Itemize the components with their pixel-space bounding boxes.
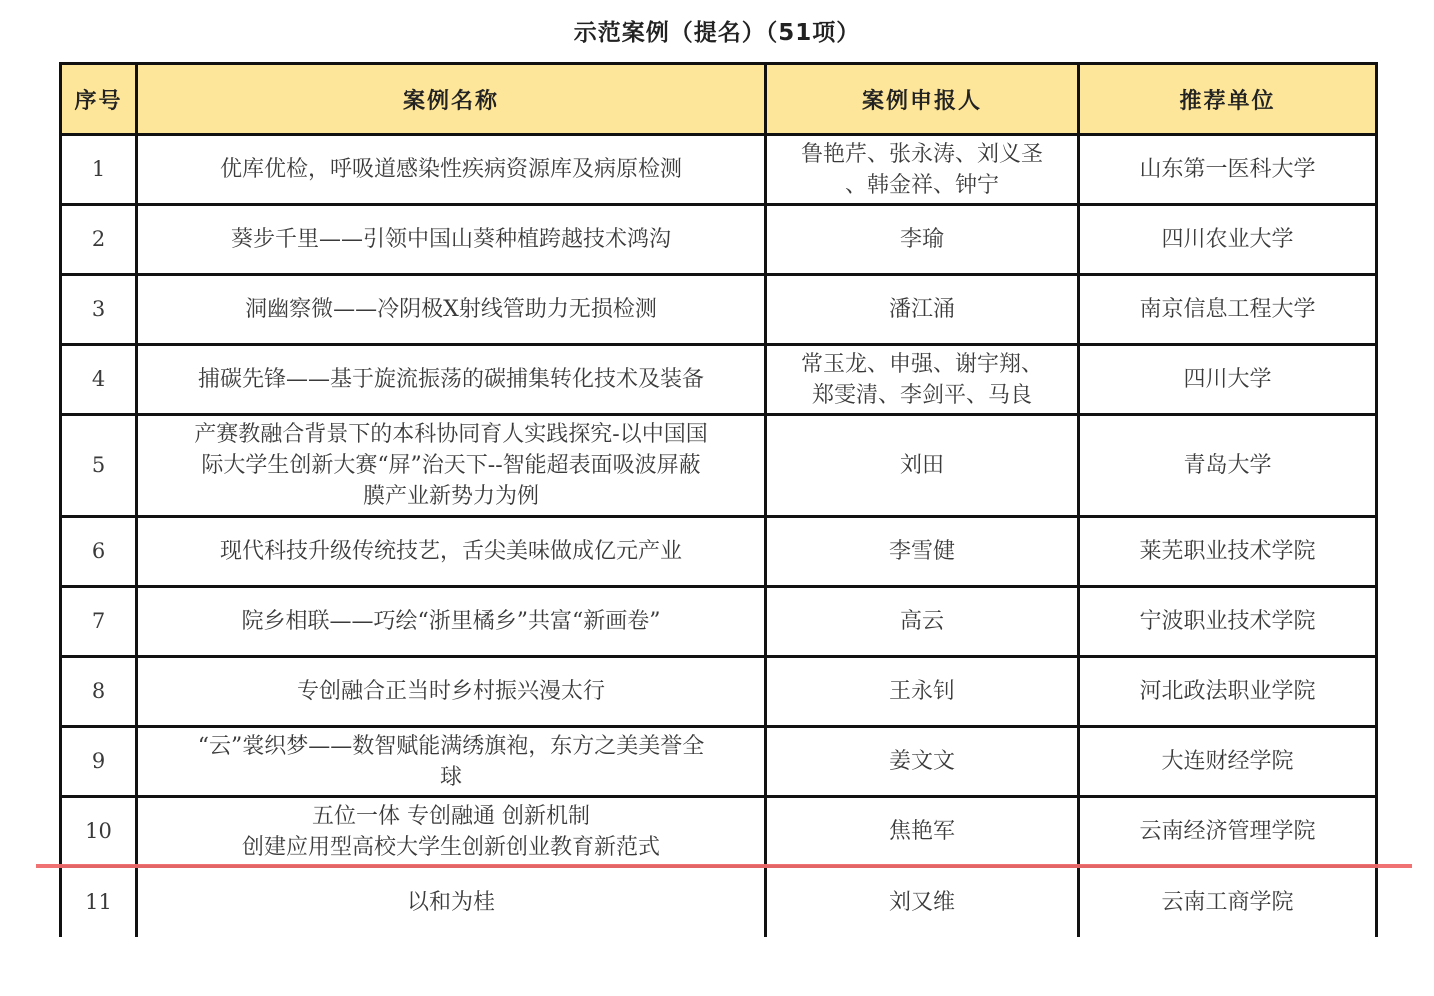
row-number: 4: [61, 345, 137, 415]
applicants-line: 高云: [771, 606, 1073, 637]
applicants-line: 焦艳军: [771, 816, 1073, 847]
recommending-unit-cell: 山东第一医科大学: [1079, 135, 1377, 205]
case-name-line: 专创融合正当时乡村振兴漫太行: [142, 676, 760, 707]
row-number: 11: [61, 867, 137, 937]
case-name-cell: “云”裳织梦——数智赋能满绣旗袍，东方之美美誉全球: [137, 727, 766, 797]
applicants-line: 郑雯清、李剑平、马良: [771, 380, 1073, 411]
header-unit: 推荐单位: [1079, 64, 1377, 135]
applicants-cell: 常玉龙、申强、谢宇翔、郑雯清、李剑平、马良: [766, 345, 1079, 415]
applicants-line: 鲁艳芹、张永涛、刘义圣: [771, 139, 1073, 170]
table-header-row: 序号 案例名称 案例申报人 推荐单位: [61, 64, 1377, 135]
case-name-cell: 优库优检，呼吸道感染性疾病资源库及病原检测: [137, 135, 766, 205]
case-name-line: 球: [142, 762, 760, 793]
case-name-line: 创建应用型高校大学生创新创业教育新范式: [142, 832, 760, 863]
table-row: 6现代科技升级传统技艺，舌尖美味做成亿元产业李雪健莱芜职业技术学院: [61, 517, 1377, 587]
applicants-line: 、韩金祥、钟宁: [771, 170, 1073, 201]
applicants-cell: 刘又维: [766, 867, 1079, 937]
recommending-unit-cell: 青岛大学: [1079, 415, 1377, 517]
case-table: 序号 案例名称 案例申报人 推荐单位 1优库优检，呼吸道感染性疾病资源库及病原检…: [59, 62, 1378, 937]
header-case-name: 案例名称: [137, 64, 766, 135]
case-name-line: 洞幽察微——冷阴极X射线管助力无损检测: [142, 294, 760, 325]
page-title: 示范案例（提名）（51项）: [0, 14, 1434, 47]
applicants-cell: 刘田: [766, 415, 1079, 517]
table-row: 10五位一体 专创融通 创新机制创建应用型高校大学生创新创业教育新范式焦艳军云南…: [61, 797, 1377, 867]
table-row: 11以和为桂刘又维云南工商学院: [61, 867, 1377, 937]
applicants-line: 常玉龙、申强、谢宇翔、: [771, 349, 1073, 380]
table-row: 3洞幽察微——冷阴极X射线管助力无损检测潘江涌南京信息工程大学: [61, 275, 1377, 345]
recommending-unit-cell: 云南经济管理学院: [1079, 797, 1377, 867]
row-number: 5: [61, 415, 137, 517]
row-number: 7: [61, 587, 137, 657]
case-name-cell: 捕碳先锋——基于旋流振荡的碳捕集转化技术及装备: [137, 345, 766, 415]
applicants-line: 姜文文: [771, 746, 1073, 777]
case-name-cell: 现代科技升级传统技艺，舌尖美味做成亿元产业: [137, 517, 766, 587]
row-number: 3: [61, 275, 137, 345]
applicants-cell: 姜文文: [766, 727, 1079, 797]
recommending-unit-cell: 四川大学: [1079, 345, 1377, 415]
applicants-line: 刘田: [771, 450, 1073, 481]
row-number: 6: [61, 517, 137, 587]
row-number: 2: [61, 205, 137, 275]
header-no: 序号: [61, 64, 137, 135]
table-row: 1优库优检，呼吸道感染性疾病资源库及病原检测鲁艳芹、张永涛、刘义圣、韩金祥、钟宁…: [61, 135, 1377, 205]
applicants-cell: 李瑜: [766, 205, 1079, 275]
case-name-cell: 洞幽察微——冷阴极X射线管助力无损检测: [137, 275, 766, 345]
case-name-cell: 葵步千里——引领中国山葵种植跨越技术鸿沟: [137, 205, 766, 275]
case-name-line: “云”裳织梦——数智赋能满绣旗袍，东方之美美誉全: [142, 731, 760, 762]
table-row: 9“云”裳织梦——数智赋能满绣旗袍，东方之美美誉全球姜文文大连财经学院: [61, 727, 1377, 797]
red-marker-line: [36, 864, 1412, 868]
applicants-line: 李瑜: [771, 224, 1073, 255]
applicants-cell: 王永钊: [766, 657, 1079, 727]
applicants-cell: 鲁艳芹、张永涛、刘义圣、韩金祥、钟宁: [766, 135, 1079, 205]
recommending-unit-cell: 南京信息工程大学: [1079, 275, 1377, 345]
case-name-cell: 产赛教融合背景下的本科协同育人实践探究-以中国国际大学生创新大赛“屏”治天下--…: [137, 415, 766, 517]
table-row: 7院乡相联——巧绘“浙里橘乡”共富“新画卷”高云宁波职业技术学院: [61, 587, 1377, 657]
table-row: 8专创融合正当时乡村振兴漫太行王永钊河北政法职业学院: [61, 657, 1377, 727]
case-name-cell: 院乡相联——巧绘“浙里橘乡”共富“新画卷”: [137, 587, 766, 657]
applicants-cell: 焦艳军: [766, 797, 1079, 867]
recommending-unit-cell: 四川农业大学: [1079, 205, 1377, 275]
recommending-unit-cell: 大连财经学院: [1079, 727, 1377, 797]
applicants-cell: 李雪健: [766, 517, 1079, 587]
case-name-line: 膜产业新势力为例: [142, 481, 760, 512]
table-row: 5产赛教融合背景下的本科协同育人实践探究-以中国国际大学生创新大赛“屏”治天下-…: [61, 415, 1377, 517]
case-name-line: 优库优检，呼吸道感染性疾病资源库及病原检测: [142, 154, 760, 185]
case-name-cell: 五位一体 专创融通 创新机制创建应用型高校大学生创新创业教育新范式: [137, 797, 766, 867]
case-name-line: 五位一体 专创融通 创新机制: [142, 801, 760, 832]
applicants-line: 王永钊: [771, 676, 1073, 707]
case-name-line: 葵步千里——引领中国山葵种植跨越技术鸿沟: [142, 224, 760, 255]
applicants-cell: 潘江涌: [766, 275, 1079, 345]
case-name-line: 现代科技升级传统技艺，舌尖美味做成亿元产业: [142, 536, 760, 567]
table-row: 4捕碳先锋——基于旋流振荡的碳捕集转化技术及装备常玉龙、申强、谢宇翔、郑雯清、李…: [61, 345, 1377, 415]
recommending-unit-cell: 莱芜职业技术学院: [1079, 517, 1377, 587]
case-name-line: 际大学生创新大赛“屏”治天下--智能超表面吸波屏蔽: [142, 450, 760, 481]
row-number: 10: [61, 797, 137, 867]
case-name-line: 院乡相联——巧绘“浙里橘乡”共富“新画卷”: [142, 606, 760, 637]
header-applicants: 案例申报人: [766, 64, 1079, 135]
case-name-line: 捕碳先锋——基于旋流振荡的碳捕集转化技术及装备: [142, 364, 760, 395]
recommending-unit-cell: 宁波职业技术学院: [1079, 587, 1377, 657]
case-name-line: 产赛教融合背景下的本科协同育人实践探究-以中国国: [142, 419, 760, 450]
case-name-cell: 以和为桂: [137, 867, 766, 937]
recommending-unit-cell: 河北政法职业学院: [1079, 657, 1377, 727]
applicants-cell: 高云: [766, 587, 1079, 657]
applicants-line: 刘又维: [771, 887, 1073, 918]
recommending-unit-cell: 云南工商学院: [1079, 867, 1377, 937]
row-number: 8: [61, 657, 137, 727]
applicants-line: 潘江涌: [771, 294, 1073, 325]
row-number: 1: [61, 135, 137, 205]
case-name-cell: 专创融合正当时乡村振兴漫太行: [137, 657, 766, 727]
row-number: 9: [61, 727, 137, 797]
table-row: 2葵步千里——引领中国山葵种植跨越技术鸿沟李瑜四川农业大学: [61, 205, 1377, 275]
case-name-line: 以和为桂: [142, 887, 760, 918]
applicants-line: 李雪健: [771, 536, 1073, 567]
